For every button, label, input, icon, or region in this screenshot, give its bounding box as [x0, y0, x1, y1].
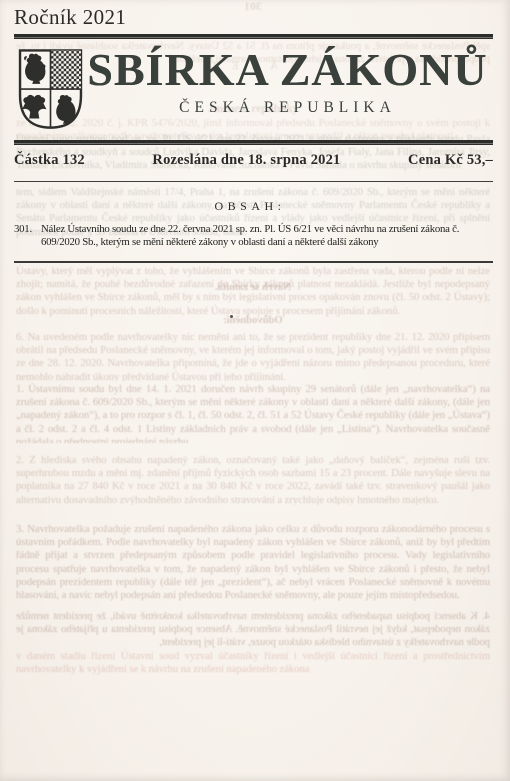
masthead-text: SBÍRKA ZÁKONŮ ČESKÁ REPUBLIKA — [82, 44, 493, 138]
contents-rule-bottom — [14, 261, 493, 263]
contents-heading: OBSAH: — [0, 199, 500, 214]
masthead-rule-top — [14, 34, 493, 39]
masthead-rule-bottom — [14, 140, 493, 145]
masthead: SBÍRKA ZÁKONŮ ČESKÁ REPUBLIKA — [14, 44, 493, 138]
printed-content: Ročník 2021 — [0, 0, 510, 781]
issue-bar-rule — [14, 181, 493, 182]
price: Cena Kč 53,– — [408, 152, 493, 169]
gazette-scan-page: 301 spěl Poslanecké sněmovně, a poukazuj… — [0, 0, 510, 781]
year-heading: Ročník 2021 — [14, 5, 126, 30]
distribution-date: Rozeslána dne 18. srpna 2021 — [152, 152, 340, 169]
contents-item-number: 301. — [14, 223, 36, 249]
czech-coat-of-arms-icon — [18, 48, 83, 130]
gazette-title: SBÍRKA ZÁKONŮ — [82, 44, 493, 96]
issue-number: Částka 132 — [14, 152, 85, 169]
issue-info-bar: Částka 132 Rozeslána dne 18. srpna 2021 … — [14, 152, 493, 173]
gazette-subtitle: ČESKÁ REPUBLIKA — [82, 99, 493, 117]
contents-item-301: 301. Nález Ústavního soudu ze dne 22. če… — [14, 223, 496, 249]
contents-item-text: Nález Ústavního soudu ze dne 22. června … — [36, 223, 496, 249]
